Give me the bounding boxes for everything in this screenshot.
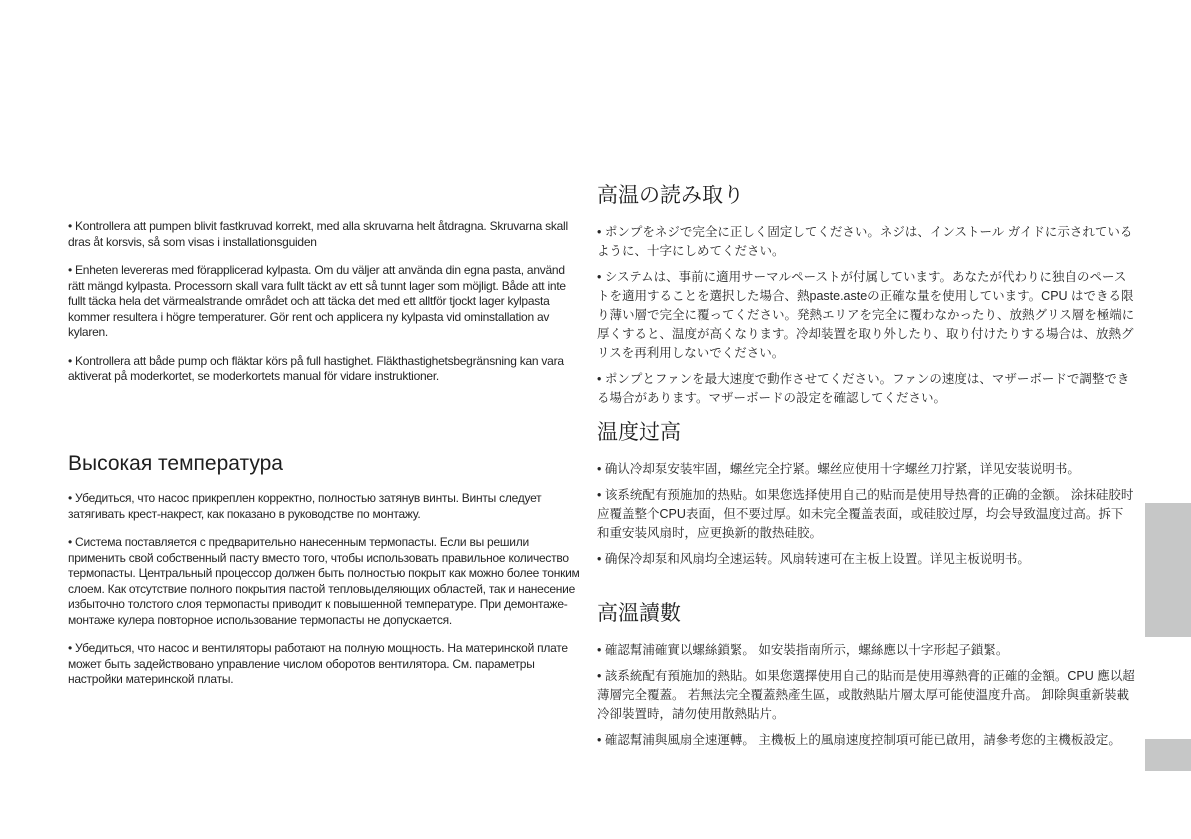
section-japanese: 高温の読み取り • ポンプをネジで完全に正しく固定してください。ネジは、インスト…	[597, 184, 1135, 415]
swedish-bullet-1: • Kontrollera att pumpen blivit fastkruv…	[68, 219, 583, 250]
chinese-traditional-bullet-1: • 確認幫浦確實以螺絲鎖緊。 如安裝指南所示，螺絲應以十字形起子鎖緊。	[597, 641, 1135, 660]
page-edge-tab-large	[1145, 503, 1191, 637]
russian-bullet-3: • Убедиться, что насос и вентиляторы раб…	[68, 641, 583, 688]
chinese-traditional-section-title: 高溫讀數	[597, 602, 1135, 626]
page-edge-tab-small	[1145, 739, 1191, 771]
swedish-bullet-3: • Kontrollera att både pump och fläktar …	[68, 354, 583, 385]
section-chinese-simplified: 温度过高 • 确认冷却泵安装牢固，螺丝完全拧紧。螺丝应使用十字螺丝刀拧紧，详见安…	[597, 421, 1135, 576]
russian-bullet-2: • Система поставляется с предварительно …	[68, 535, 583, 628]
chinese-traditional-bullet-2: • 該系統配有預施加的熱貼。如果您選擇使用自己的貼而是使用導熱膏的正確的金額。C…	[597, 667, 1135, 724]
russian-section-title: Высокая температура	[68, 452, 583, 476]
section-swedish: • Kontrollera att pumpen blivit fastkruv…	[68, 219, 583, 398]
chinese-simplified-bullet-1: • 确认冷却泵安装牢固，螺丝完全拧紧。螺丝应使用十字螺丝刀拧紧，详见安装说明书。	[597, 460, 1135, 479]
japanese-bullet-3: • ポンプとファンを最大速度で動作させてください。ファンの速度は、マザーボードで…	[597, 370, 1135, 408]
japanese-bullet-1: • ポンプをネジで完全に正しく固定してください。ネジは、インストール ガイドに示…	[597, 223, 1135, 261]
japanese-section-title: 高温の読み取り	[597, 184, 1135, 208]
chinese-simplified-bullet-3: • 确保冷却泵和风扇均全速运转。风扇转速可在主板上设置。详见主板说明书。	[597, 550, 1135, 569]
swedish-bullet-2: • Enheten levereras med förapplicerad ky…	[68, 263, 583, 341]
section-russian: Высокая температура • Убедиться, что нас…	[68, 452, 583, 701]
section-chinese-traditional: 高溫讀數 • 確認幫浦確實以螺絲鎖緊。 如安裝指南所示，螺絲應以十字形起子鎖緊。…	[597, 602, 1135, 757]
chinese-traditional-bullet-3: • 確認幫浦與風扇全速運轉。 主機板上的風扇速度控制項可能已啟用，請參考您的主機…	[597, 731, 1135, 750]
russian-bullet-1: • Убедиться, что насос прикреплен коррек…	[68, 491, 583, 522]
chinese-simplified-bullet-2: • 该系统配有预施加的热贴。如果您选择使用自己的贴而是使用导热膏的正确的金额。 …	[597, 486, 1135, 543]
japanese-bullet-2: • システムは、事前に適用サーマルペーストが付属しています。あなたが代わりに独自…	[597, 268, 1135, 363]
chinese-simplified-section-title: 温度过高	[597, 421, 1135, 445]
